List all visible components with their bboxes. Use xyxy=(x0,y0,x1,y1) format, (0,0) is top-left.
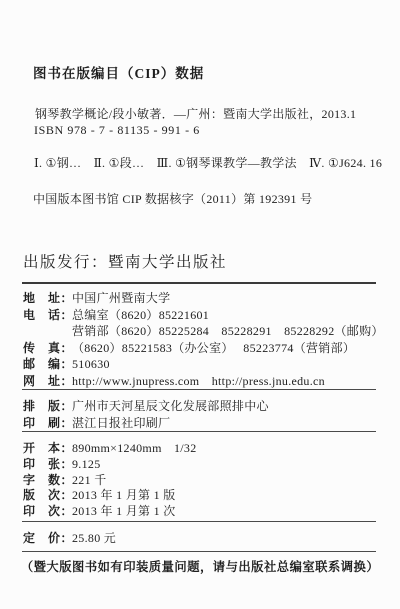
publisher-label: 出版发行： xyxy=(23,254,108,271)
specs-block: 开 本：890mm×1240mm 1/32 印 张：9.125 字 数：221 … xyxy=(23,441,197,520)
address-row: 地 址：中国广州暨南大学 xyxy=(23,290,384,307)
typesetting-row: 排 版：广州市天河星辰文化发展部照排中心 xyxy=(23,398,269,415)
divider-2 xyxy=(22,389,376,390)
phone-row: 电 话：总编室（8620）85221601 xyxy=(23,307,384,324)
cip-isbn-line: ISBN 978 - 7 - 81135 - 991 - 6 xyxy=(34,123,200,138)
price-value: 25.80 元 xyxy=(72,531,116,545)
contact-block: 地 址：中国广州暨南大学 电 话：总编室（8620）85221601 营销部（8… xyxy=(23,290,384,390)
format-value: 890mm×1240mm 1/32 xyxy=(72,441,197,455)
format-row: 开 本：890mm×1240mm 1/32 xyxy=(23,441,197,457)
wordcount-label: 字 数： xyxy=(23,473,72,489)
price-label: 定 价： xyxy=(23,529,72,546)
divider-1 xyxy=(22,282,376,284)
typesetting-value: 广州市天河星辰文化发展部照排中心 xyxy=(72,399,269,413)
fax-value: （8620）85221583（办公室） 85223774（营销部） xyxy=(72,341,355,355)
colophon-page: 图书在版编目（CIP）数据 钢琴教学概论/段小敏著．—广州：暨南大学出版社，20… xyxy=(0,0,400,609)
printing-value: 湛江日报社印刷厂 xyxy=(72,416,170,430)
impression-label: 印 次： xyxy=(23,504,72,520)
edition-row: 版 次：2013 年 1 月第 1 版 xyxy=(23,488,197,504)
phone-value: 总编室（8620）85221601 xyxy=(72,308,209,322)
divider-3 xyxy=(22,431,376,432)
production-block: 排 版：广州市天河星辰文化发展部照排中心 印 刷：湛江日报社印刷厂 xyxy=(23,398,269,431)
divider-4 xyxy=(22,521,376,522)
sheets-label: 印 张： xyxy=(23,457,72,473)
quality-note: （暨大版图书如有印装质量问题，请与出版社总编室联系调换） xyxy=(0,557,400,575)
website-value: http://www.jnupress.com http://press.jnu… xyxy=(72,374,325,388)
impression-row: 印 次：2013 年 1 月第 1 次 xyxy=(23,504,197,520)
fax-label: 传 真： xyxy=(23,340,72,357)
phone-value-2: 营销部（8620）85225284 85228291 85228292（邮购） xyxy=(72,324,384,338)
cip-heading: 图书在版编目（CIP）数据 xyxy=(33,62,204,82)
format-label: 开 本： xyxy=(23,441,72,457)
wordcount-value: 221 千 xyxy=(72,473,107,487)
address-label: 地 址： xyxy=(23,290,72,307)
postcode-label: 邮 编： xyxy=(23,356,72,373)
wordcount-row: 字 数：221 千 xyxy=(23,473,197,489)
publisher-value: 暨南大学出版社 xyxy=(108,254,227,271)
edition-value: 2013 年 1 月第 1 版 xyxy=(72,488,176,502)
sheets-row: 印 张：9.125 xyxy=(23,457,197,473)
sheets-value: 9.125 xyxy=(72,457,101,471)
cip-title-line: 钢琴教学概论/段小敏著．—广州：暨南大学出版社，2013.1 xyxy=(35,105,356,122)
fax-row: 传 真：（8620）85221583（办公室） 85223774（营销部） xyxy=(23,340,384,357)
phone-label: 电 话： xyxy=(23,307,72,324)
price-row: 定 价：25.80 元 xyxy=(23,529,116,546)
cip-classification-line: Ⅰ. ①钢… Ⅱ. ①段… Ⅲ. ①钢琴课教学—教学法 Ⅳ. ①J624. 16 xyxy=(34,154,382,171)
divider-5 xyxy=(22,551,376,552)
postcode-value: 510630 xyxy=(72,357,110,371)
cip-record-number-line: 中国版本图书馆 CIP 数据核字（2011）第 192391 号 xyxy=(33,190,312,207)
printing-row: 印 刷：湛江日报社印刷厂 xyxy=(23,415,269,432)
typesetting-label: 排 版： xyxy=(23,398,72,415)
website-row: 网 址：http://www.jnupress.com http://press… xyxy=(23,373,384,390)
postcode-row: 邮 编：510630 xyxy=(23,356,384,373)
printing-label: 印 刷： xyxy=(23,415,72,432)
website-label: 网 址： xyxy=(23,373,72,390)
phone-row-2: 营销部（8620）85225284 85228291 85228292（邮购） xyxy=(23,323,384,340)
publisher-line: 出版发行：暨南大学出版社 xyxy=(23,250,227,272)
impression-value: 2013 年 1 月第 1 次 xyxy=(72,504,176,518)
address-value: 中国广州暨南大学 xyxy=(72,291,170,305)
edition-label: 版 次： xyxy=(23,488,72,504)
